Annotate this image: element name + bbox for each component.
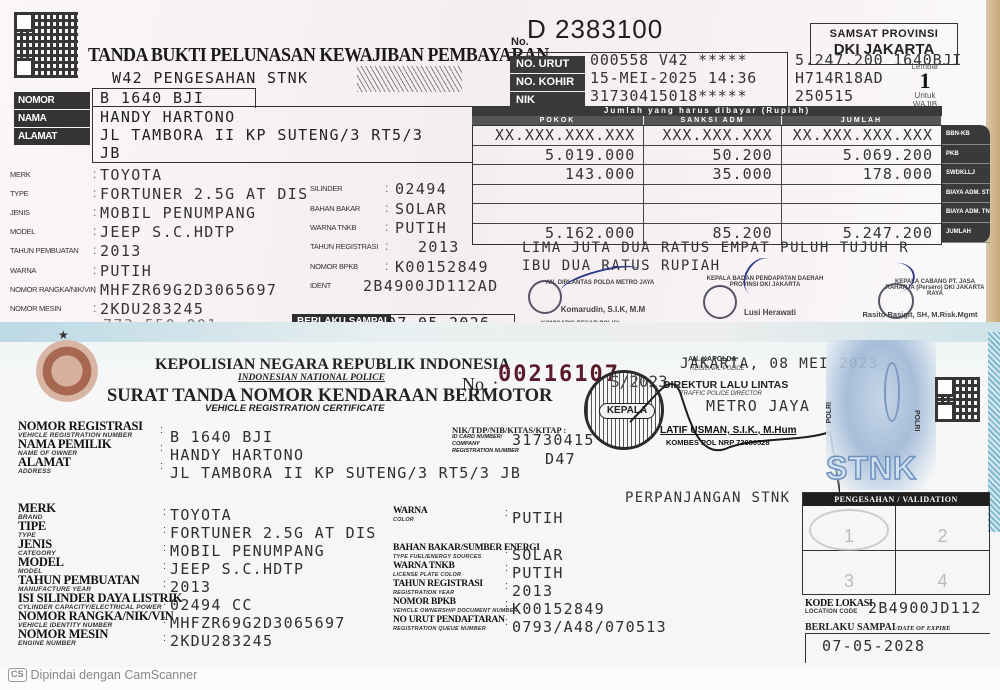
colon: :: [93, 301, 96, 315]
bpkb-value: K00152849: [395, 258, 489, 276]
payment-cell-jumlah: [782, 185, 941, 204]
vehicle-field-value: 2KDU283245: [170, 632, 273, 650]
warna-tnkb-label: WARNA TNKB: [310, 223, 356, 232]
silinder-label: SILINDER: [310, 184, 342, 193]
type-label: TYPE: [10, 189, 28, 198]
nomor-polisi-label: NOMOR POLISI: [14, 92, 90, 109]
mesin-value: 2KDU283245: [100, 300, 204, 318]
column-sanksi: SANKSI ADM: [644, 116, 782, 125]
owner-field-label-text: NAMA PEMILIK: [18, 440, 111, 449]
no-kohir-right: H714R18AD: [795, 69, 883, 87]
silinder-value: 02494: [395, 180, 447, 198]
nik-right: 250515: [795, 87, 854, 105]
merk-value: TOYOTA: [100, 166, 163, 184]
owner-field-value: JL TAMBORA II KP SUTENG/3 RT5/3 JB: [170, 464, 521, 482]
kode-lokasi-label: KODE LOKASI LOCATION CODE: [805, 600, 873, 616]
vehicle-field-value: 02494 CC: [170, 596, 253, 614]
vehicle-field-value: FORTUNER 2.5G AT DIS: [170, 524, 377, 542]
nama-pemilik-label: NAMA PEMILIK: [14, 110, 90, 127]
camscanner-watermark: CS Dipindai dengan CamScanner: [8, 668, 197, 682]
colon: :: [93, 282, 96, 296]
payment-cell-jumlah: [782, 204, 941, 223]
validation-cell-4: 4: [896, 551, 989, 596]
model-label: MODEL: [10, 227, 35, 236]
owner-field-label-text: NOMOR REGISTRASI: [18, 422, 143, 431]
alamat-value-line2: JB: [100, 144, 121, 162]
receipt-subtitle: W42 PENGESAHAN STNK: [112, 69, 308, 87]
qr-code-icon: [14, 12, 78, 78]
berlaku-label-en: DATE OF EXPIRE: [897, 625, 950, 632]
vehicle-field-value: K00152849: [512, 600, 605, 618]
lembar-number: 1: [905, 71, 945, 91]
no-kohir-value: 15-MEI-2025 14:36: [590, 69, 757, 87]
vehicle-field-label-text: NOMOR MESIN: [18, 630, 108, 639]
signature-1-name: Komarudin, S.I.K, M.M: [548, 305, 658, 314]
signer-name: LATIF USMAN, S.I.K., M.Hum: [660, 425, 796, 436]
payment-row: 5.019.00050.2005.069.200: [473, 146, 941, 166]
hologram-side-right: POLRI: [913, 410, 920, 431]
payment-cell-pokok: 143.000: [473, 165, 644, 184]
colon: :: [163, 524, 166, 536]
column-pokok: POKOK: [472, 116, 644, 125]
bahan-bakar-label: BAHAN BAKAR: [310, 204, 360, 213]
validation-header: PENGESAHAN / VALIDATION: [803, 493, 989, 506]
vehicle-field-label-text: WARNA: [393, 507, 427, 516]
payment-cell-sanksi: [644, 204, 781, 223]
vehicle-field-value: MHFZR69G2D3065697: [170, 614, 346, 632]
payment-cell-sanksi: 50.200: [644, 146, 781, 165]
colon: :: [163, 542, 166, 554]
payment-cell-sanksi: XXX.XXX.XXX: [644, 126, 781, 145]
vehicle-field-label: NOMOR MESINENGINE NUMBER: [18, 630, 108, 648]
vehicle-field-label-text: ISI SILINDER DAYA LISTRIK: [18, 594, 182, 603]
warna-value: PUTIH: [100, 262, 152, 280]
nama-pemilik-value: HANDY HARTONO: [100, 108, 236, 126]
colon: :: [93, 263, 96, 277]
payment-header: Jumlah yang harus dibayar (Rupiah): [472, 106, 942, 116]
colon: :: [163, 506, 166, 518]
colon: :: [163, 560, 166, 572]
payment-cell-jumlah: 5.069.200: [782, 146, 941, 165]
agency-name: KEPOLISIAN NEGARA REPUBLIK INDONESIA: [155, 356, 510, 374]
tahun-pembuatan-label: TAHUN PEMBUATAN: [10, 246, 78, 255]
owner-field-label-text: ALAMAT: [18, 458, 71, 467]
signature-scribble: [737, 252, 783, 302]
police-emblem-icon: [36, 340, 98, 402]
owner-field-value: B 1640 BJI: [170, 428, 273, 446]
ident-label: IDENT: [310, 281, 331, 290]
hologram-emblem-icon: [884, 362, 900, 422]
vehicle-field-label: NO URUT PENDAFTARANREGISTRATION QUEUE NU…: [393, 616, 505, 634]
paper-tint: [0, 322, 1000, 342]
colon: :: [505, 580, 508, 592]
vehicle-field-value: MOBIL PENUMPANG: [170, 542, 325, 560]
signer-rank: KOMBES POL NRP 73080528: [666, 438, 770, 447]
vehicle-field-label-text: MODEL: [18, 558, 64, 567]
berlaku-sampai-label: BERLAKU SAMPAI/DATE OF EXPIRE: [805, 622, 950, 633]
vehicle-field-value: 2013: [512, 582, 553, 600]
no-urut-value: 000558 V42 *****: [590, 51, 747, 69]
payment-cell-sanksi: [644, 185, 781, 204]
colon: :: [93, 243, 96, 257]
vehicle-field-label-text: NO URUT PENDAFTARAN: [393, 616, 505, 625]
colon: :: [163, 614, 166, 626]
bahan-bakar-value: SOLAR: [395, 200, 447, 218]
berlaku-label-text: BERLAKU SAMPAI: [805, 622, 896, 633]
validation-box: PENGESAHAN / VALIDATION 1 2 3 4: [802, 492, 990, 595]
colon: :: [93, 224, 96, 238]
hologram-text: STNK: [826, 450, 917, 487]
signature-2-name: Lusi Herawati: [730, 308, 810, 317]
vehicle-field-label: WARNA TNKBLICENSE PLATE COLOR: [393, 562, 461, 580]
vehicle-field-label: TAHUN REGISTRASIREGISTRATION YEAR: [393, 580, 483, 598]
colon: :: [163, 578, 166, 590]
tahun-pembuatan-value: 2013: [100, 242, 142, 260]
colon: :: [163, 596, 166, 608]
colon: :: [93, 167, 96, 181]
colon: :: [163, 632, 166, 644]
nik-value: 31730415018*****: [590, 87, 747, 105]
payment-receipt-document: TANDA BUKTI PELUNASAN KEWAJIBAN PEMBAYAR…: [0, 0, 1000, 330]
payment-columns: POKOK SANKSI ADM JUMLAH: [472, 116, 942, 125]
vehicle-field-label-text: TAHUN PEMBUATAN: [18, 576, 140, 585]
type-value: FORTUNER 2.5G AT DIS: [100, 185, 309, 203]
colon: :: [505, 544, 508, 556]
mesin-label: NOMOR MESIN: [10, 304, 61, 313]
payment-row-labels: BBN-KBPKBSWDKLLJBIAYA ADM. STNKBIAYA ADM…: [942, 125, 990, 243]
hologram-side-left: POLRI: [826, 402, 833, 423]
colon: :: [93, 186, 96, 200]
colon: :: [505, 616, 508, 628]
colon: :: [160, 442, 163, 454]
warna-tnkb-value: PUTIH: [395, 219, 447, 237]
column-jumlah: JUMLAH: [782, 116, 942, 125]
alamat-label: ALAMAT: [14, 128, 90, 145]
payment-cell-pokok: [473, 204, 644, 223]
vehicle-field-label-text: NOMOR BPKB: [393, 598, 518, 607]
payment-cell-jumlah: 178.000: [782, 165, 941, 184]
vehicle-field-value: TOYOTA: [170, 506, 232, 524]
payment-cell-pokok: XX.XXX.XXX.XXX: [473, 126, 644, 145]
vehicle-field-label-text: WARNA TNKB: [393, 562, 461, 571]
nik-value: 31730415: [512, 431, 595, 449]
jenis-value: MOBIL PENUMPANG: [100, 204, 256, 222]
vehicle-field-label-text: TAHUN REGISTRASI: [393, 580, 483, 589]
tahun-registrasi-value: 2013: [418, 238, 460, 256]
alamat-value-line1: JL TAMBORA II KP SUTENG/3 RT5/3: [100, 126, 423, 144]
kode-lokasi-value: 2B4900JD112: [868, 599, 982, 617]
payment-row: XX.XXX.XXX.XXXXXX.XXX.XXXXX.XXX.XXX.XXX: [473, 126, 941, 146]
colon: :: [385, 181, 388, 195]
rangka-value: MHFZR69G2D3065697: [100, 281, 277, 299]
payment-cell-pokok: [473, 185, 644, 204]
kode-lokasi-label-text: KODE LOKASI: [805, 600, 873, 608]
stnk-number-label: No. :: [462, 374, 498, 395]
payment-row-label: SWDKLLJ: [942, 164, 990, 184]
vehicle-field-value: PUTIH: [512, 509, 564, 527]
vehicle-field-label-en: COLOR: [393, 516, 427, 525]
rangka-label: NOMOR RANGKA/NIK/VIN: [10, 285, 96, 294]
payment-row-label: BIAYA ADM. TNKB: [942, 203, 990, 223]
security-hatch-pattern: [357, 66, 462, 92]
validation-cell-3: 3: [803, 551, 896, 596]
vehicle-field-label: WARNACOLOR: [393, 507, 427, 525]
warna-label: WARNA: [10, 266, 36, 275]
kode-lokasi-label-en: LOCATION CODE: [805, 608, 873, 616]
payment-row: 143.00035.000178.000: [473, 165, 941, 185]
payment-row-label: BBN-KB: [942, 125, 990, 145]
payment-row: [473, 185, 941, 205]
vehicle-field-label-en: REGISTRATION QUEUE NUMBER: [393, 625, 505, 634]
vehicle-field-label-text: TIPE: [18, 522, 46, 531]
stnk-title-en: VEHICLE REGISTRATION CERTIFICATE: [205, 403, 384, 414]
vehicle-field-value: 0793/A48/070513: [512, 618, 667, 636]
payment-row-label: PKB: [942, 145, 990, 165]
colon: :: [505, 598, 508, 610]
colon: :: [385, 259, 388, 273]
qr-code-icon: [935, 377, 980, 422]
signature-3-name: Rasito Rasigit, SH, M.Risk.Mgmt: [850, 310, 990, 319]
no-urut-label: NO. URUT: [510, 56, 585, 73]
validation-cell-2: 2: [896, 506, 989, 551]
merk-label: MERK: [10, 170, 30, 179]
vehicle-field-label-text: MERK: [18, 504, 56, 513]
colon: :: [385, 201, 388, 215]
tahun-registrasi-label: TAHUN REGISTRASI: [310, 242, 378, 251]
colon: :: [505, 507, 508, 519]
colon: :: [160, 460, 163, 472]
owner-field-value: HANDY HARTONO: [170, 446, 304, 464]
nik-value-2: D47: [545, 450, 576, 468]
amount-in-words-line1: LIMA JUTA DUA RATUS EMPAT PULUH TUJUH R: [522, 240, 909, 256]
owner-field-label: ALAMATADDRESS: [18, 458, 71, 476]
payment-row-label: JUMLAH: [942, 223, 990, 243]
colon: :: [385, 220, 388, 234]
receipt-title: TANDA BUKTI PELUNASAN KEWAJIBAN PEMBAYAR…: [88, 44, 549, 67]
agency-name-en: INDONESIAN NATIONAL POLICE: [238, 373, 385, 383]
nik-label-en: ID CARD NUMBER/ COMPANY REGISTRATION NUM…: [452, 434, 520, 455]
payment-cell-sanksi: 35.000: [644, 165, 781, 184]
ident-value: 2B4900JD112AD: [363, 277, 499, 295]
nomor-polisi-value: B 1640 BJI: [100, 89, 204, 107]
samsat-line1: SAMSAT PROVINSI: [811, 28, 957, 40]
camscanner-text: Dipindai dengan CamScanner: [31, 668, 198, 682]
payment-cell-jumlah: XX.XXX.XXX.XXX: [782, 126, 941, 145]
expire-date: 07-05-2028: [822, 637, 925, 655]
vehicle-field-value: PUTIH: [512, 564, 564, 582]
colon: :: [385, 239, 388, 253]
no-kohir-label: NO. KOHIR: [510, 74, 585, 91]
perpanjangan-label: PERPANJANGAN STNK: [625, 490, 790, 506]
model-value: JEEP S.C.HDTP: [100, 223, 236, 241]
vehicle-field-label-text: NOMOR RANGKA/NIK/VIN: [18, 612, 173, 621]
colon: :: [93, 205, 96, 219]
payment-row: [473, 204, 941, 224]
camscanner-logo-icon: CS: [8, 668, 27, 682]
bpkb-label: NOMOR BPKB: [310, 262, 358, 271]
document-number: D 2383100: [527, 14, 663, 45]
stnk-document: ★★★ KEPOLISIAN NEGARA REPUBLIK INDONESIA…: [0, 322, 1000, 667]
vehicle-field-label: NOMOR BPKBVEHICLE OWNERSHIP DOCUMENT NUM…: [393, 598, 518, 616]
colon: :: [160, 424, 163, 436]
validation-stamp-icon: [809, 509, 889, 551]
vehicle-field-value: SOLAR: [512, 546, 564, 564]
payment-table: XX.XXX.XXX.XXXXXX.XXX.XXXXX.XXX.XXX.XXX5…: [472, 125, 942, 245]
vehicle-field-value: JEEP S.C.HDTP: [170, 560, 304, 578]
vehicle-field-label-text: JENIS: [18, 540, 56, 549]
payment-row-label: BIAYA ADM. STNK: [942, 184, 990, 204]
payment-cell-pokok: 5.019.000: [473, 146, 644, 165]
jenis-label: JENIS: [10, 208, 30, 217]
colon: :: [505, 562, 508, 574]
